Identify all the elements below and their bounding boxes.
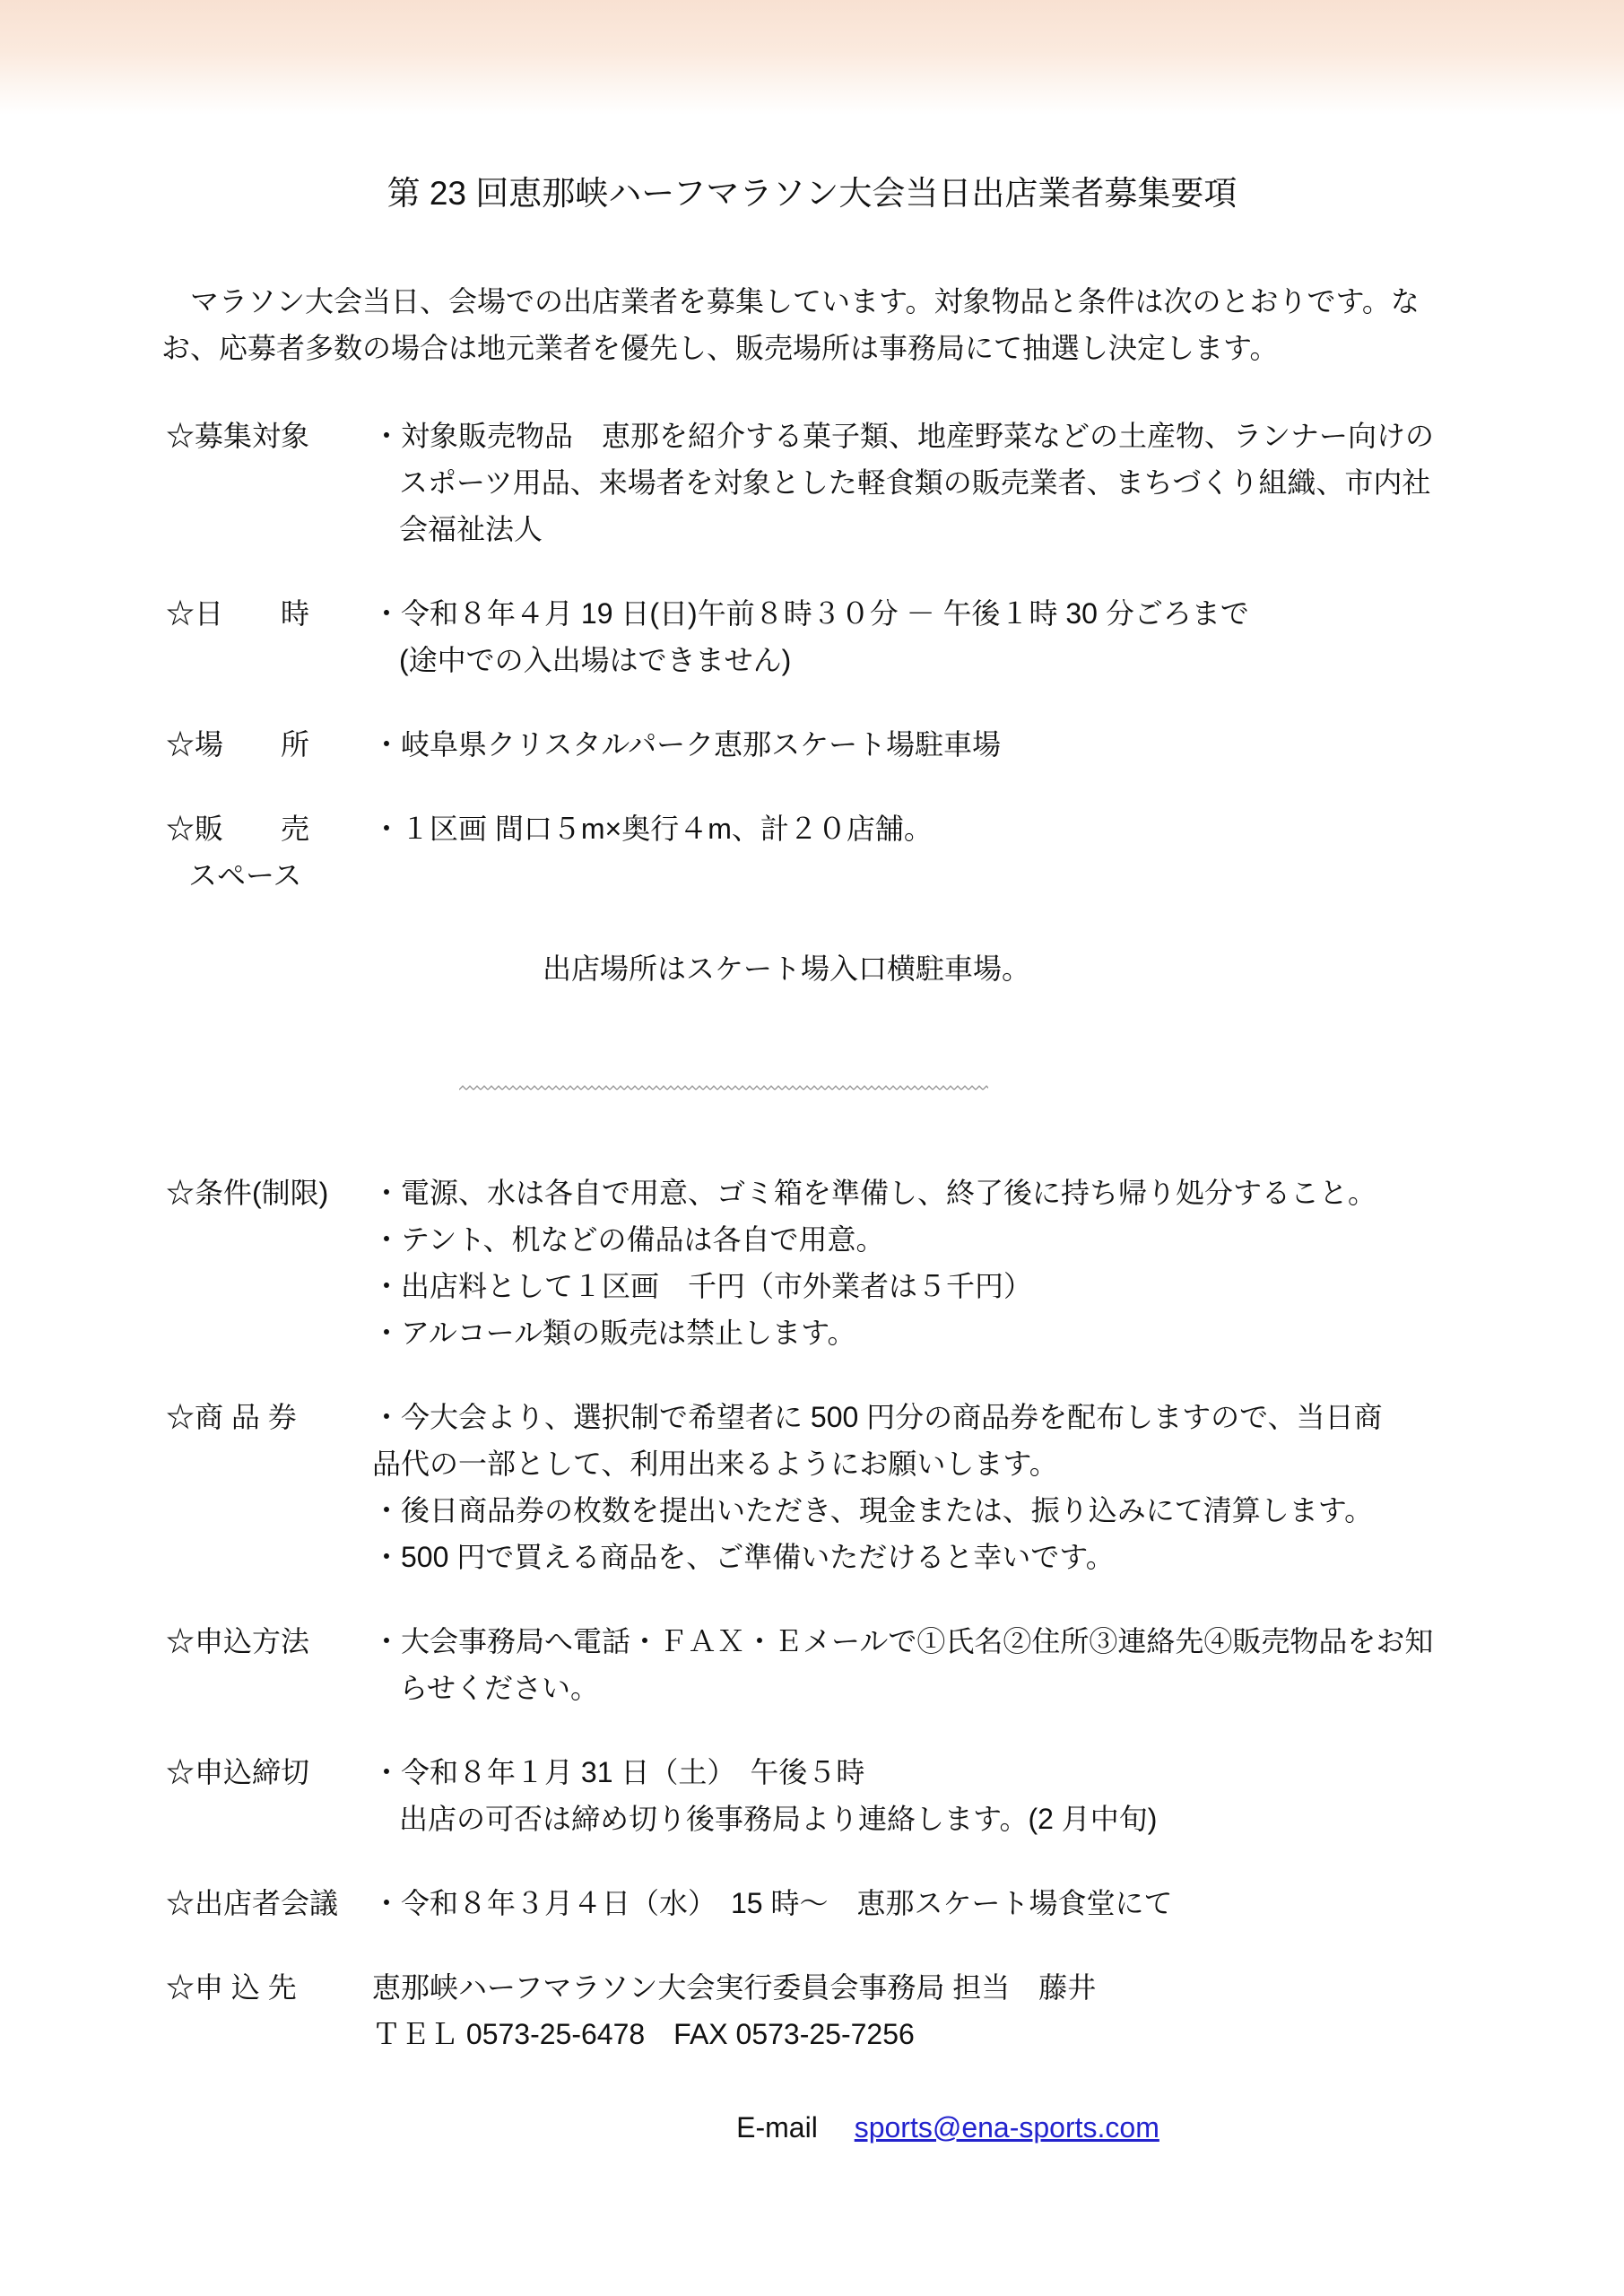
- section-label: ☆申込締切: [166, 1749, 372, 1796]
- section-label: ☆申込方法: [166, 1618, 372, 1665]
- text-line: ・１区画 間口５m×奥行４m、計２０店舗。: [372, 805, 1624, 852]
- section-label: ☆出店者会議: [166, 1880, 372, 1926]
- section-content: 恵那峡ハーフマラソン大会実行委員会事務局 担当 藤井 ＴＥＬ 0573-25-6…: [372, 1964, 1624, 2197]
- text-line: スポーツ用品、来場者を対象とした軽食類の販売業者、まちづくり組織、市内社: [372, 459, 1624, 506]
- text-line: ・令和８年４月 19 日(日)午前８時３０分 － 午後１時 30 分ごろまで: [372, 590, 1624, 637]
- text-line: ・岐阜県クリスタルパーク恵那スケート場駐車場: [372, 721, 1624, 768]
- section-boshu-taisho: ☆募集対象 ・対象販売物品 恵那を紹介する菓子類、地産野菜などの土産物、ランナー…: [166, 413, 1624, 552]
- section-content: ・令和８年１月 31 日（土） 午後５時 出店の可否は締め切り後事務局より連絡し…: [372, 1749, 1624, 1842]
- text-line: ＴＥＬ 0573-25-6478 FAX 0573-25-7256: [372, 2011, 1624, 2057]
- section-content: ・令和８年４月 19 日(日)午前８時３０分 － 午後１時 30 分ごろまで (…: [372, 590, 1624, 683]
- section-hanbai-space: ☆販 売 スペース ・１区画 間口５m×奥行４m、計２０店舗。 出店場所はスケー…: [166, 805, 1624, 1132]
- section-label: ☆商 品 券: [166, 1394, 372, 1440]
- text-line: ・大会事務局へ電話・ＦＡＸ・Ｅメールで①氏名②住所③連絡先④販売物品をお知: [372, 1618, 1624, 1665]
- section-label: ☆募集対象: [166, 413, 372, 459]
- intro-line: マラソン大会当日、会場での出店業者を募集しています。対象物品と条件は次のとおりで…: [161, 278, 1498, 325]
- wavy-underlined-text: 出店場所はスケート場入口横駐車場。: [463, 899, 1030, 1085]
- section-content: ・今大会より、選択制で希望者に 500 円分の商品券を配布しますので、当日商 品…: [372, 1394, 1624, 1580]
- text-line: 恵那峡ハーフマラソン大会実行委員会事務局 担当 藤井: [372, 1964, 1624, 2011]
- section-content: ・令和８年３月４日（水） 15 時～ 恵那スケート場食堂にて: [372, 1880, 1624, 1926]
- text-line: ・出店料として１区画 千円（市外業者は５千円）: [372, 1263, 1624, 1309]
- text-line: 出店場所はスケート場入口横駐車場。: [543, 952, 1030, 985]
- section-moshikomi-hoho: ☆申込方法 ・大会事務局へ電話・ＦＡＸ・Ｅメールで①氏名②住所③連絡先④販売物品…: [166, 1618, 1624, 1711]
- email-link[interactable]: sports@ena-sports.com: [855, 2111, 1159, 2144]
- text-line: ・後日商品券の枚数を提出いただき、現金または、振り込みにて清算します。: [372, 1487, 1624, 1534]
- section-label: ☆条件(制限): [166, 1170, 372, 1216]
- section-shuttensha-kaigi: ☆出店者会議 ・令和８年３月４日（水） 15 時～ 恵那スケート場食堂にて: [166, 1880, 1624, 1926]
- section-label-column: ☆場 所: [166, 721, 372, 768]
- section-shohinken: ☆商 品 券 ・今大会より、選択制で希望者に 500 円分の商品券を配布しますの…: [166, 1394, 1624, 1580]
- text-line: ・令和８年３月４日（水） 15 時～ 恵那スケート場食堂にて: [372, 1880, 1624, 1926]
- text-line: 出店の可否は締め切り後事務局より連絡します。(2 月中旬): [372, 1796, 1624, 1842]
- section-content: ・１区画 間口５m×奥行４m、計２０店舗。 出店場所はスケート場入口横駐車場。: [372, 805, 1624, 1132]
- section-content: ・対象販売物品 恵那を紹介する菓子類、地産野菜などの土産物、ランナー向けの スポ…: [372, 413, 1624, 552]
- section-basho: ☆場 所 ・岐阜県クリスタルパーク恵那スケート場駐車場: [166, 721, 1624, 768]
- section-label-column: ☆出店者会議: [166, 1880, 372, 1926]
- section-label: ☆申 込 先: [166, 1964, 372, 2011]
- section-content: ・岐阜県クリスタルパーク恵那スケート場駐車場: [372, 721, 1624, 768]
- text-line: (途中での入出場はできません): [372, 637, 1624, 683]
- section-label-column: ☆申込締切: [166, 1749, 372, 1842]
- section-nichiji: ☆日 時 ・令和８年４月 19 日(日)午前８時３０分 － 午後１時 30 分ご…: [166, 590, 1624, 683]
- intro-line: お、応募者多数の場合は地元業者を優先し、販売場所は事務局にて抽選し決定します。: [161, 325, 1498, 371]
- text-line: ・アルコール類の販売は禁止します。: [372, 1309, 1624, 1356]
- header-gradient-band: [0, 0, 1624, 115]
- text-line: ・令和８年１月 31 日（土） 午後５時: [372, 1749, 1624, 1796]
- sections-list: ☆募集対象 ・対象販売物品 恵那を紹介する菓子類、地産野菜などの土産物、ランナー…: [166, 413, 1624, 2197]
- text-line: 出店場所はスケート場入口横駐車場。: [372, 852, 1624, 1132]
- section-content: ・電源、水は各自で用意、ゴミ箱を準備し、終了後に持ち帰り処分すること。 ・テント…: [372, 1170, 1624, 1356]
- section-label: ☆場 所: [166, 721, 372, 768]
- intro-paragraph: マラソン大会当日、会場での出店業者を募集しています。対象物品と条件は次のとおりで…: [161, 278, 1498, 371]
- section-joken-seigen: ☆条件(制限) ・電源、水は各自で用意、ゴミ箱を準備し、終了後に持ち帰り処分する…: [166, 1170, 1624, 1356]
- email-label: E-mail: [736, 2111, 818, 2144]
- section-content: ・大会事務局へ電話・ＦＡＸ・Ｅメールで①氏名②住所③連絡先④販売物品をお知 らせ…: [372, 1618, 1624, 1711]
- section-label: ☆日 時: [166, 590, 372, 637]
- text-line: ・今大会より、選択制で希望者に 500 円分の商品券を配布しますので、当日商: [372, 1394, 1624, 1440]
- section-label-column: ☆申 込 先: [166, 1964, 372, 2197]
- text-line: 会福祉法人: [372, 506, 1624, 552]
- text-line: らせください。: [372, 1665, 1624, 1711]
- section-label-column: ☆日 時: [166, 590, 372, 683]
- section-label-column: ☆条件(制限): [166, 1170, 372, 1356]
- email-gap: [818, 2111, 855, 2144]
- text-line: ・対象販売物品 恵那を紹介する菓子類、地産野菜などの土産物、ランナー向けの: [372, 413, 1624, 459]
- wavy-underline: [459, 1084, 988, 1091]
- section-label-column: ☆募集対象: [166, 413, 372, 552]
- section-label-column: ☆商 品 券: [166, 1394, 372, 1580]
- text-line: 品代の一部として、利用出来るようにお願いします。: [372, 1440, 1624, 1487]
- text-line: ・電源、水は各自で用意、ゴミ箱を準備し、終了後に持ち帰り処分すること。: [372, 1170, 1624, 1216]
- section-label-column: ☆申込方法: [166, 1618, 372, 1711]
- text-line: ・500 円で買える商品を、ご準備いただけると幸いです。: [372, 1534, 1624, 1580]
- section-label-line2: スペース: [166, 852, 372, 899]
- section-moshikomi-shimekiri: ☆申込締切 ・令和８年１月 31 日（土） 午後５時 出店の可否は締め切り後事務…: [166, 1749, 1624, 1842]
- page-title: 第 23 回恵那峡ハーフマラソン大会当日出店業者募集要項: [0, 172, 1624, 215]
- section-label-column: ☆販 売 スペース: [166, 805, 372, 1132]
- section-moshikomi-saki: ☆申 込 先 恵那峡ハーフマラソン大会実行委員会事務局 担当 藤井 ＴＥＬ 05…: [166, 1964, 1624, 2197]
- text-line: ・テント、机などの備品は各自で用意。: [372, 1216, 1624, 1263]
- email-line: E-mail sports@ena-sports.com: [372, 2057, 1624, 2197]
- section-label: ☆販 売: [166, 805, 372, 852]
